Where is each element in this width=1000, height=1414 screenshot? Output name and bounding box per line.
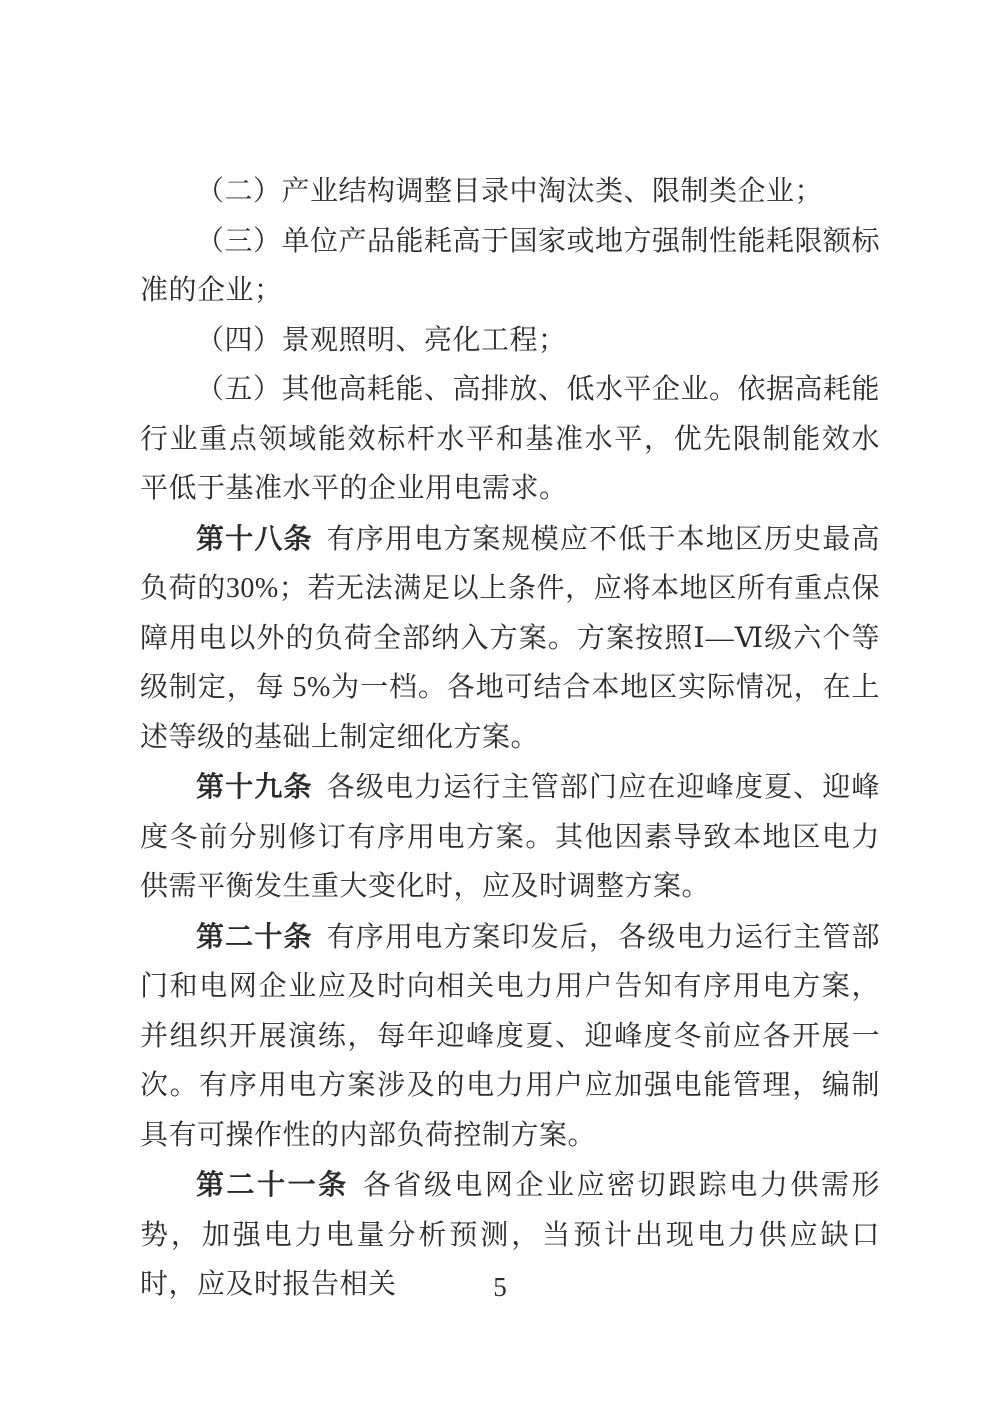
list-item-3: （三）单位产品能耗高于国家或地方强制性能耗限额标准的企业； [140,217,880,316]
paragraph-text: （二）产业结构调整目录中淘汰类、限制类企业； [196,176,823,207]
paragraph-text: 有序用电方案规模应不低于本地区历史最高负荷的30%；若无法满足以上条件，应将本地… [140,524,880,753]
paragraph-text: （五）其他高耗能、高排放、低水平企业。依据高耗能行业重点领域能效标杆水平和基准水… [140,374,880,504]
list-item-5: （五）其他高耗能、高排放、低水平企业。依据高耗能行业重点领域能效标杆水平和基准水… [140,365,880,514]
paragraph-text: （四）景观照明、亮化工程； [196,325,567,356]
document-page: （二）产业结构调整目录中淘汰类、限制类企业； （三）单位产品能耗高于国家或地方强… [0,0,1000,1414]
list-item-4: （四）景观照明、亮化工程； [140,316,880,366]
paragraph-text: （三）单位产品能耗高于国家或地方强制性能耗限额标准的企业； [140,226,880,307]
article-number: 第二十一条 [196,1169,349,1200]
document-body: （二）产业结构调整目录中淘汰类、限制类企业； （三）单位产品能耗高于国家或地方强… [140,167,880,1310]
paragraph-text: 有序用电方案印发后，各级电力运行主管部门和电网企业应及时向相关电力用户告知有序用… [140,922,880,1151]
list-item-2: （二）产业结构调整目录中淘汰类、限制类企业； [140,167,880,217]
article-number: 第二十条 [196,921,313,952]
article-19-paragraph: 第十九条各级电力运行主管部门应在迎峰度夏、迎峰度冬前分别修订有序用电方案。其他因… [140,762,880,912]
article-number: 第十九条 [196,771,313,802]
page-number: 5 [0,1272,1000,1303]
article-20-paragraph: 第二十条有序用电方案印发后，各级电力运行主管部门和电网企业应及时向相关电力用户告… [140,912,880,1161]
article-number: 第十八条 [196,523,313,554]
article-18-paragraph: 第十八条有序用电方案规模应不低于本地区历史最高负荷的30%；若无法满足以上条件，… [140,514,880,763]
